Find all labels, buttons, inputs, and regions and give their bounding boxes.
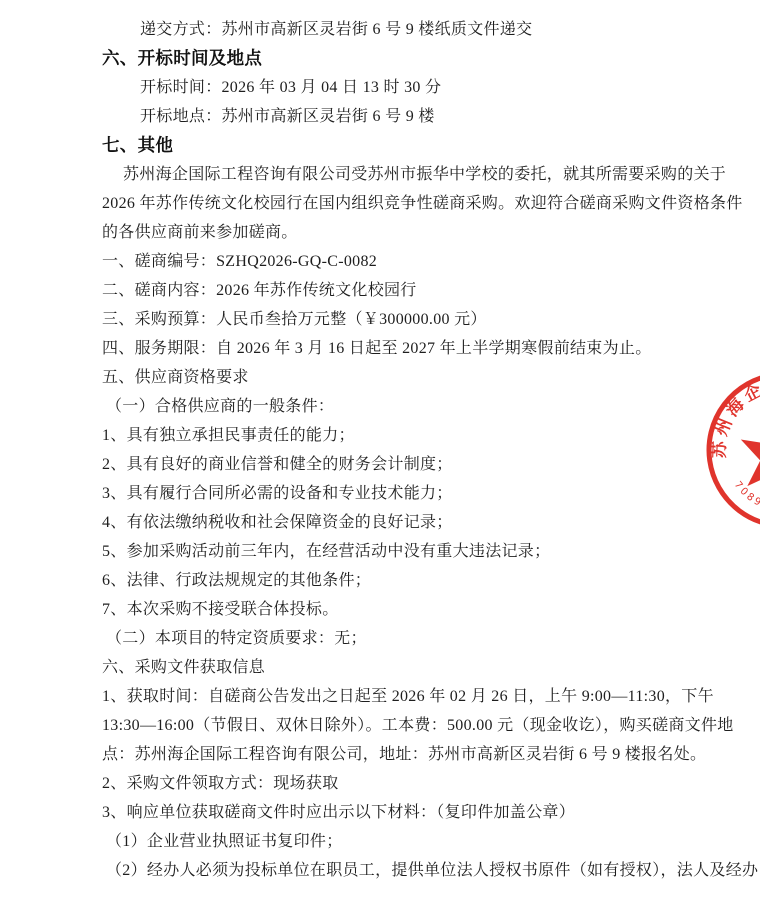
seal-ring-text: 苏州海企国际工程咨询有限公司 (700, 365, 760, 535)
doc-line: 四、服务期限：自 2026 年 3 月 16 日起至 2027 年上半学期寒假前… (102, 334, 660, 363)
doc-line: 6、法律、行政法规规定的其他条件； (102, 566, 660, 595)
section-heading: 七、其他 (102, 131, 660, 160)
doc-line: 1、获取时间：自磋商公告发出之日起至 2026 年 02 月 26 日，上午 9… (102, 682, 660, 711)
doc-line: 7、本次采购不接受联合体投标。 (102, 595, 660, 624)
doc-line: （1）企业营业执照证书复印件； (102, 827, 660, 856)
seal-ring (700, 365, 760, 536)
doc-line: 2026 年苏作传统文化校园行在国内组织竞争性磋商采购。欢迎符合磋商采购文件资格… (102, 189, 660, 218)
doc-line: 5、参加采购活动前三年内，在经营活动中没有重大违法记录； (102, 537, 660, 566)
doc-line: （一）合格供应商的一般条件： (102, 392, 660, 421)
seal-serial-number: 70890 (731, 476, 760, 518)
seal-star-icon (733, 412, 760, 496)
doc-line: 三、采购预算：人民币叁拾万元整（￥300000.00 元） (102, 305, 660, 334)
doc-line: 开标地点：苏州市高新区灵岩街 6 号 9 楼 (102, 102, 660, 131)
doc-line: （二）本项目的特定资质要求：无； (102, 624, 660, 653)
doc-line: 开标时间：2026 年 03 月 04 日 13 时 30 分 (102, 73, 660, 102)
official-seal-stamp: 苏州海企国际工程咨询有限公司 70890 (700, 365, 760, 545)
doc-line: 4、有依法缴纳税收和社会保障资金的良好记录； (102, 508, 660, 537)
doc-line: 1、具有独立承担民事责任的能力； (102, 421, 660, 450)
doc-line: 递交方式：苏州市高新区灵岩街 6 号 9 楼纸质文件递交 (102, 15, 660, 44)
doc-line: 2、采购文件领取方式：现场获取 (102, 769, 660, 798)
doc-line: 13:30—16:00（节假日、双休日除外）。工本费：500.00 元（现金收讫… (102, 711, 660, 740)
doc-line: 3、具有履行合同所必需的设备和专业技术能力； (102, 479, 660, 508)
document-page: 递交方式：苏州市高新区灵岩街 6 号 9 楼纸质文件递交 六、开标时间及地点 开… (0, 0, 760, 909)
doc-line: （2）经办人必须为投标单位在职员工，提供单位法人授权书原件（如有授权），法人及经… (102, 856, 660, 885)
doc-line: 六、采购文件获取信息 (102, 653, 660, 682)
doc-line: 二、磋商内容：2026 年苏作传统文化校园行 (102, 276, 660, 305)
doc-line: 2、具有良好的商业信誉和健全的财务会计制度； (102, 450, 660, 479)
document-body: 递交方式：苏州市高新区灵岩街 6 号 9 楼纸质文件递交 六、开标时间及地点 开… (102, 15, 660, 885)
doc-line: 点：苏州海企国际工程咨询有限公司，地址：苏州市高新区灵岩街 6 号 9 楼报名处… (102, 740, 660, 769)
doc-line: 3、响应单位获取磋商文件时应出示以下材料：（复印件加盖公章） (102, 798, 660, 827)
doc-line: 苏州海企国际工程咨询有限公司受苏州市振华中学校的委托，就其所需要采购的关于 (102, 160, 660, 189)
section-heading: 六、开标时间及地点 (102, 44, 660, 73)
doc-line: 的各供应商前来参加磋商。 (102, 218, 660, 247)
doc-line: 一、磋商编号：SZHQ2026-GQ-C-0082 (102, 247, 660, 276)
doc-line: 五、供应商资格要求 (102, 363, 660, 392)
